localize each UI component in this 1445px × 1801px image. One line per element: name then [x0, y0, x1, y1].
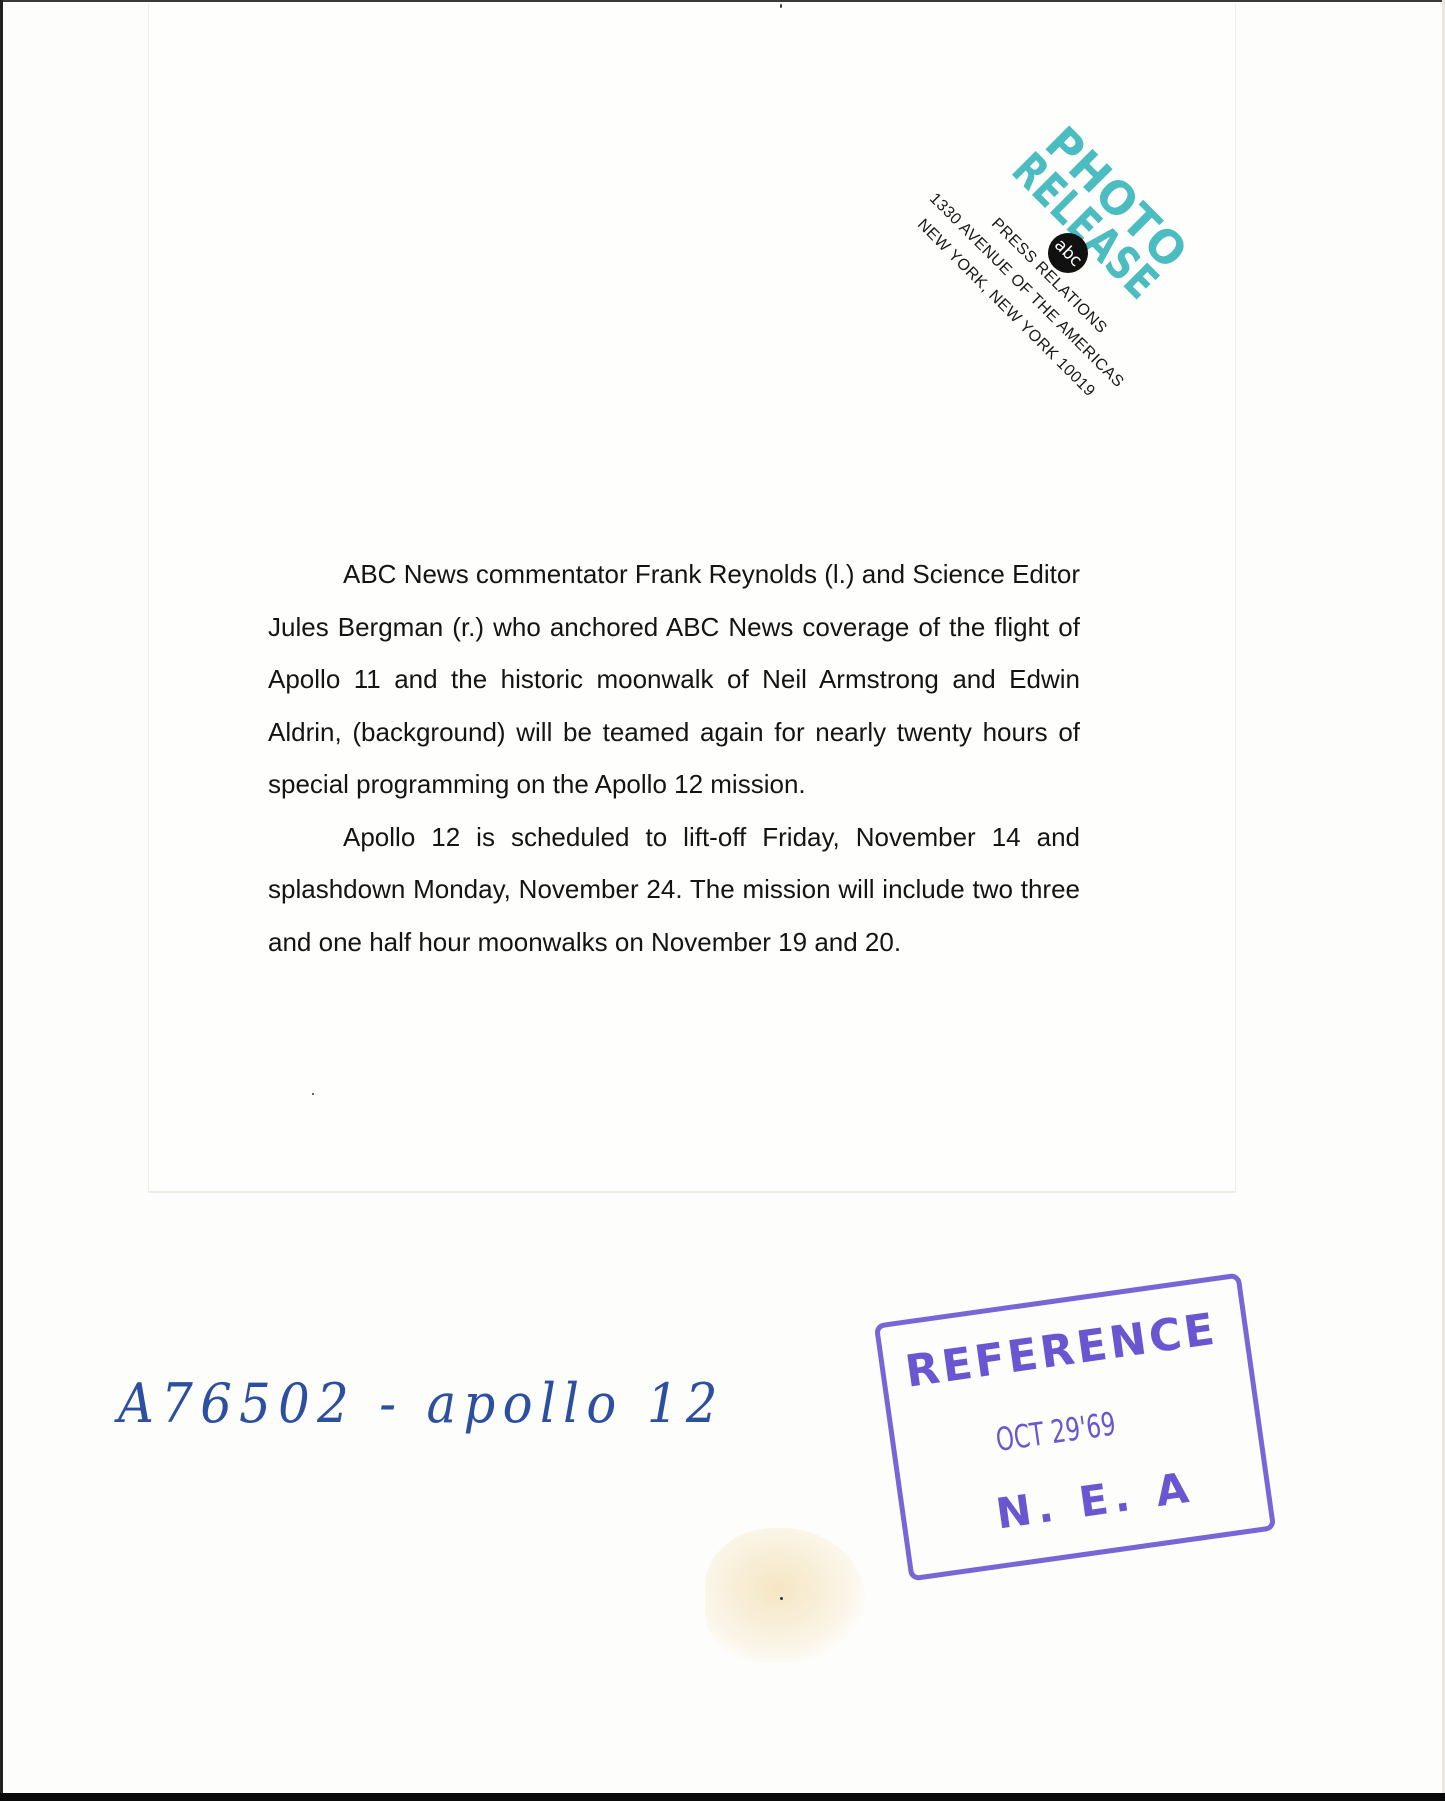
stamp-date: OCT 29'69 — [993, 1405, 1118, 1459]
speck-mark — [312, 1093, 314, 1095]
speck-mark — [780, 1597, 783, 1600]
caption-paragraph-1: ABC News commentator Frank Reynolds (l.)… — [268, 548, 1080, 811]
paper-stain — [705, 1528, 865, 1663]
scan-border-bottom — [0, 1793, 1445, 1801]
reference-stamp: REFERENCE OCT 29'69 N. E. A — [874, 1273, 1277, 1582]
handwritten-archive-note: A76502 - apollo 12 — [118, 1372, 725, 1435]
speck-mark — [780, 4, 782, 8]
caption-text: ABC News commentator Frank Reynolds (l.)… — [268, 548, 1080, 968]
stamp-title: REFERENCE — [902, 1304, 1220, 1398]
stamp-org: N. E. A — [993, 1462, 1197, 1538]
caption-paragraph-2: Apollo 12 is scheduled to lift-off Frida… — [268, 811, 1080, 969]
scan-border-top — [0, 0, 1445, 2]
scan-border-left — [0, 0, 3, 1801]
